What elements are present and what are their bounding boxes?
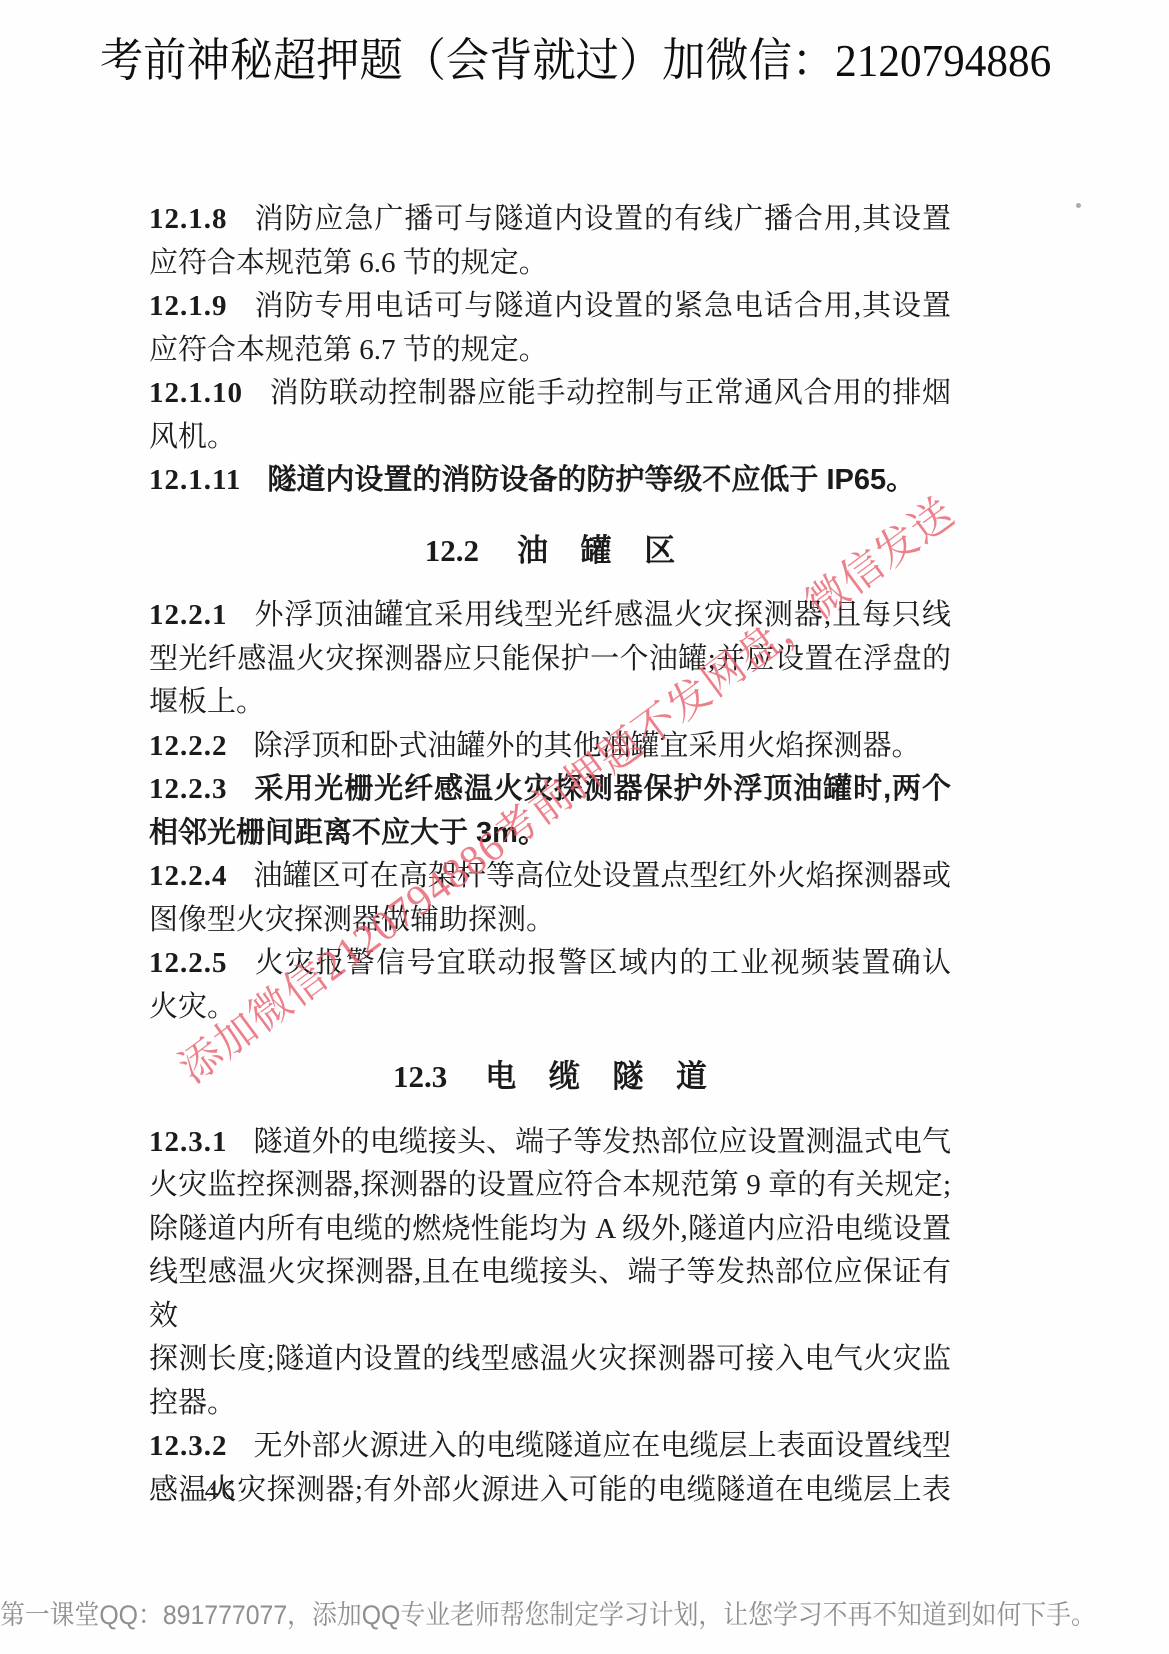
- clause-line: 12.1.10消防联动控制器应能手动控制与正常通风合用的排烟: [149, 372, 951, 416]
- clause-text: 无外部火源进入的电缆隧道应在电缆层上表面设置线型: [254, 1430, 952, 1462]
- section-title: 油 罐 区: [517, 533, 675, 568]
- clause-line: 图像型火灾探测器做辅助探测。: [149, 899, 951, 943]
- clause-number: 12.2.4: [149, 860, 228, 892]
- clause-line: 线型感温火灾探测器,且在电缆接头、端子等发热部位应保证有效: [149, 1251, 951, 1338]
- clause-number: 12.3.1: [149, 1126, 228, 1158]
- clause-12-1-11: 12.1.11隧道内设置的消防设备的防护等级不应低于 IP65。: [149, 459, 951, 503]
- clause-line: 火灾。: [149, 986, 951, 1030]
- section-number: 12.2: [425, 533, 479, 568]
- clause-line: 火灾监控探测器,探测器的设置应符合本规范第 9 章的有关规定;: [149, 1164, 951, 1208]
- clause-number: 12.2.3: [149, 773, 228, 805]
- clause-number: 12.2.5: [149, 947, 228, 979]
- section-title: 电 缆 隧 道: [485, 1059, 707, 1094]
- clause-line: 12.2.3采用光栅光纤感温火灾探测器保护外浮顶油罐时,两个: [149, 768, 951, 812]
- clause-12-3-1: 12.3.1隧道外的电缆接头、端子等发热部位应设置测温式电气 火灾监控探测器,探…: [149, 1121, 951, 1426]
- clause-line: 相邻光栅间距离不应大于 3m。: [149, 812, 951, 856]
- ink-speck: [1076, 203, 1081, 208]
- clause-12-2-5: 12.2.5火灾报警信号宜联动报警区域内的工业视频装置确认 火灾。: [149, 942, 951, 1029]
- clause-number: 12.2.2: [149, 730, 228, 762]
- clause-line: 12.2.4油罐区可在高架杆等高位处设置点型红外火焰探测器或: [149, 855, 951, 899]
- section-number: 12.3: [393, 1059, 447, 1094]
- section-heading-12-2: 12.2油 罐 区: [149, 529, 951, 573]
- clause-line: 风机。: [149, 416, 951, 460]
- top-banner: 考前神秘超押题（会背就过）加微信：2120794886: [100, 24, 1051, 90]
- clause-12-1-9: 12.1.9消防专用电话可与隧道内设置的紧急电话合用,其设置 应符合本规范第 6…: [149, 285, 951, 372]
- clause-text: 隧道内设置的消防设备的防护等级不应低于 IP65。: [267, 464, 915, 496]
- clause-line: 12.1.9消防专用电话可与隧道内设置的紧急电话合用,其设置: [149, 285, 951, 329]
- clause-12-2-1: 12.2.1外浮顶油罐宜采用线型光纤感温火灾探测器,且每只线 型光纤感温火灾探测…: [149, 594, 951, 725]
- clause-line: 12.3.2无外部火源进入的电缆隧道应在电缆层上表面设置线型: [149, 1425, 951, 1469]
- clause-12-2-4: 12.2.4油罐区可在高架杆等高位处设置点型红外火焰探测器或 图像型火灾探测器做…: [149, 855, 951, 942]
- clause-text: 隧道外的电缆接头、端子等发热部位应设置测温式电气: [254, 1126, 952, 1158]
- clause-line: 应符合本规范第 6.7 节的规定。: [149, 329, 951, 373]
- clause-text: 消防专用电话可与隧道内设置的紧急电话合用,其设置: [254, 290, 952, 322]
- clause-number: 12.1.9: [149, 290, 228, 322]
- clause-text: 消防应急广播可与隧道内设置的有线广播合用,其设置: [254, 203, 952, 235]
- clause-line: 除隧道内所有电缆的燃烧性能均为 A 级外,隧道内应沿电缆设置: [149, 1208, 951, 1252]
- page-number: · 46 ·: [183, 1474, 259, 1506]
- clause-line: 12.2.1外浮顶油罐宜采用线型光纤感温火灾探测器,且每只线: [149, 594, 951, 638]
- clause-text: 采用光栅光纤感温火灾探测器保护外浮顶油罐时,两个: [254, 773, 952, 805]
- clause-line: 12.1.11隧道内设置的消防设备的防护等级不应低于 IP65。: [149, 459, 951, 503]
- clause-line: 感温火灾探测器;有外部火源进入可能的电缆隧道在电缆层上表: [149, 1469, 951, 1513]
- clause-text: 消防联动控制器应能手动控制与正常通风合用的排烟: [269, 377, 951, 409]
- section-heading-12-3: 12.3电 缆 隧 道: [149, 1055, 951, 1099]
- clause-text: 火灾报警信号宜联动报警区域内的工业视频装置确认: [254, 947, 952, 979]
- clause-text: 除浮顶和卧式油罐外的其他油罐宜采用火焰探测器。: [254, 730, 921, 762]
- clause-number: 12.3.2: [149, 1430, 228, 1462]
- clause-line: 12.2.2除浮顶和卧式油罐外的其他油罐宜采用火焰探测器。: [149, 725, 951, 769]
- clause-line: 12.1.8消防应急广播可与隧道内设置的有线广播合用,其设置: [149, 198, 951, 242]
- clause-12-2-2: 12.2.2除浮顶和卧式油罐外的其他油罐宜采用火焰探测器。: [149, 725, 951, 769]
- clause-number: 12.1.11: [149, 464, 241, 496]
- document-body: 12.1.8消防应急广播可与隧道内设置的有线广播合用,其设置 应符合本规范第 6…: [149, 198, 951, 1512]
- clause-text: 外浮顶油罐宜采用线型光纤感温火灾探测器,且每只线: [254, 599, 952, 631]
- clause-number: 12.1.8: [149, 203, 228, 235]
- clause-line: 应符合本规范第 6.6 节的规定。: [149, 242, 951, 286]
- document-page: 考前神秘超押题（会背就过）加微信：2120794886 12.1.8消防应急广播…: [0, 0, 1169, 1654]
- clause-line: 探测长度;隧道内设置的线型感温火灾探测器可接入电气火灾监: [149, 1338, 951, 1382]
- clause-12-3-2: 12.3.2无外部火源进入的电缆隧道应在电缆层上表面设置线型 感温火灾探测器;有…: [149, 1425, 951, 1512]
- clause-line: 12.2.5火灾报警信号宜联动报警区域内的工业视频装置确认: [149, 942, 951, 986]
- clause-line: 堰板上。: [149, 681, 951, 725]
- clause-12-2-3: 12.2.3采用光栅光纤感温火灾探测器保护外浮顶油罐时,两个 相邻光栅间距离不应…: [149, 768, 951, 855]
- clause-12-1-10: 12.1.10消防联动控制器应能手动控制与正常通风合用的排烟 风机。: [149, 372, 951, 459]
- clause-line: 12.3.1隧道外的电缆接头、端子等发热部位应设置测温式电气: [149, 1121, 951, 1165]
- clause-line: 控器。: [149, 1382, 951, 1426]
- clause-12-1-8: 12.1.8消防应急广播可与隧道内设置的有线广播合用,其设置 应符合本规范第 6…: [149, 198, 951, 285]
- clause-number: 12.2.1: [149, 599, 228, 631]
- clause-line: 型光纤感温火灾探测器应只能保护一个油罐;并应设置在浮盘的: [149, 638, 951, 682]
- clause-text: 油罐区可在高架杆等高位处设置点型红外火焰探测器或: [254, 860, 952, 892]
- bottom-banner: 第一课堂QQ：891777077，添加QQ专业老师帮您制定学习计划，让您学习不再…: [0, 1593, 1075, 1632]
- clause-number: 12.1.10: [149, 377, 243, 409]
